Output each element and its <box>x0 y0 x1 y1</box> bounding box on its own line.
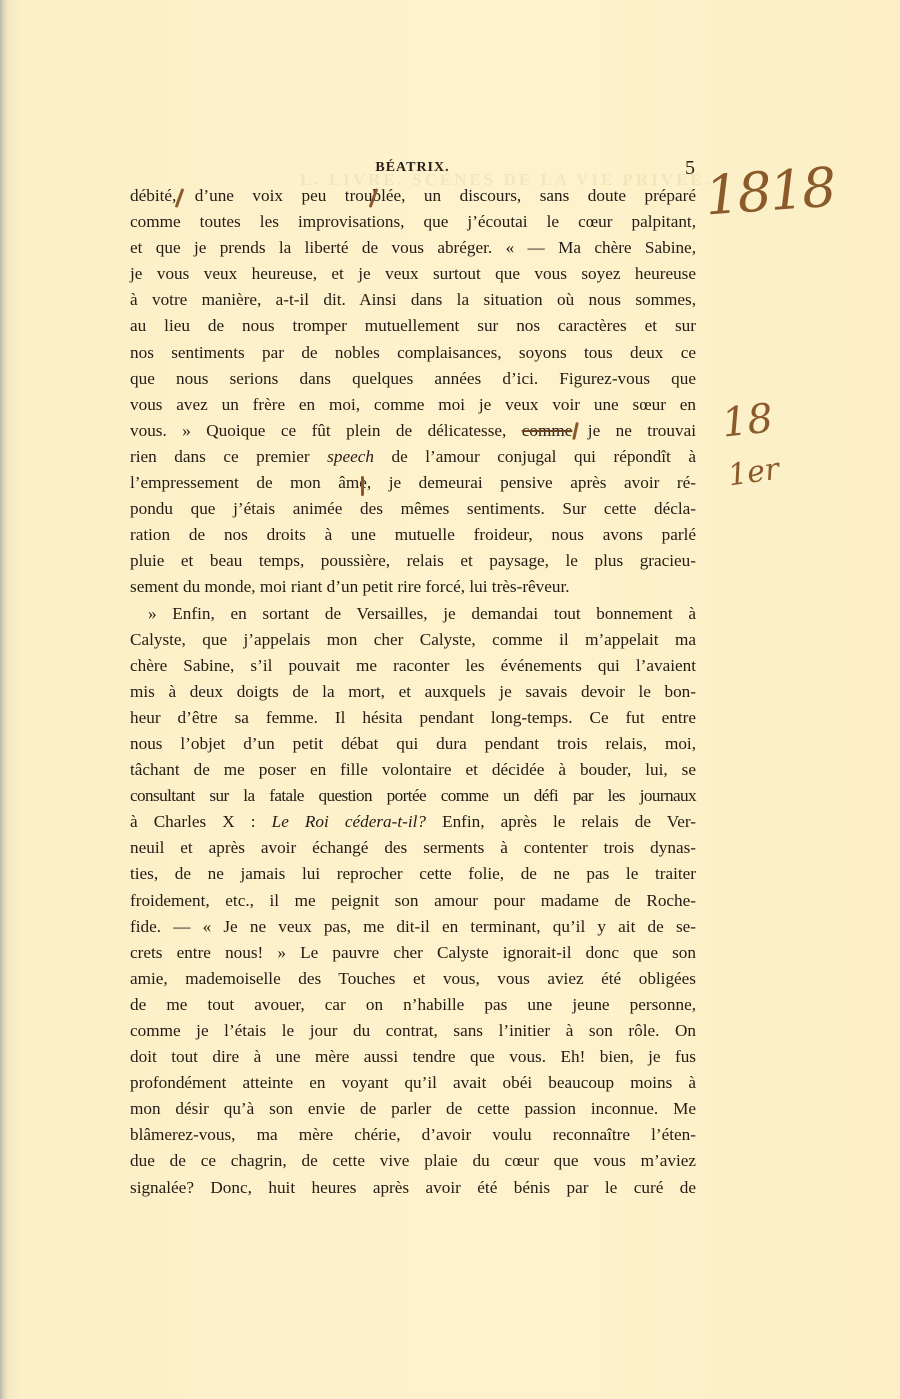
text-segment: rien dans ce premier <box>130 447 327 466</box>
text-line: débité, d’une voix peu troublée, un disc… <box>130 183 696 209</box>
text-segment: de l’amour conjugal qui répondît à <box>374 447 696 466</box>
text-line: signalée? Donc, huit heures après avoir … <box>130 1175 696 1201</box>
text-line: heur d’être sa femme. Il hésita pendant … <box>130 705 696 731</box>
text-line: amie, mademoiselle des Touches et vous, … <box>130 966 696 992</box>
text-line: ties, de ne jamais lui reprocher cette f… <box>130 861 696 887</box>
text-line: mis à deux doigts de la mort, et auxquel… <box>130 679 696 705</box>
text-segment: Enfin, après le relais de Ver- <box>426 812 696 831</box>
text-line: de me tout avouer, car on n’habille pas … <box>130 992 696 1018</box>
text-line: vous. » Quoique ce fût plein de délicate… <box>130 418 696 444</box>
running-head: BÉATRIX. 5 <box>130 160 695 182</box>
text-line: que nous serions dans quelques années d’… <box>130 366 696 392</box>
text-segment: je ne trouvai <box>572 421 696 440</box>
text-line: crets entre nous! » Le pauvre cher Calys… <box>130 940 696 966</box>
text-line: mon désir qu’à son envie de parler de ce… <box>130 1096 696 1122</box>
italic-phrase: Le Roi cédera-t-il? <box>272 812 426 831</box>
text-line: sement du monde, moi riant d’un petit ri… <box>130 574 696 600</box>
body-text: débité, d’une voix peu troublée, un disc… <box>130 183 696 1201</box>
handwritten-margin-note: 1818 <box>703 156 837 228</box>
text-line: consultant sur la fatale question portée… <box>130 783 696 809</box>
text-line: à Charles X : Le Roi cédera-t-il? Enfin,… <box>130 809 696 835</box>
text-segment: vous. » Quoique ce fût plein de délicate… <box>130 421 522 440</box>
text-line: profondément atteinte en voyant qu’il av… <box>130 1070 696 1096</box>
handwritten-margin-note: 1er <box>726 452 782 494</box>
ink-slash-mark <box>361 476 364 496</box>
page-number: 5 <box>685 157 695 180</box>
text-segment: à Charles X : <box>130 812 272 831</box>
text-line: l’empressement de mon âme, je demeurai p… <box>130 470 696 496</box>
text-line: neuil et après avoir échangé des serment… <box>130 835 696 861</box>
text-line: chère Sabine, s’il pouvait me raconter l… <box>130 653 696 679</box>
struck-word: comme <box>522 421 573 440</box>
scanned-book-page: L. LIVRE. SCÈNES DE LA VIE PRIVÉE. BÉATR… <box>0 0 900 1399</box>
text-line: froidement, etc., il me peignit son amou… <box>130 888 696 914</box>
text-line: vous avez un frère en moi, comme moi je … <box>130 392 696 418</box>
text-line: nous l’objet d’un petit débat qui dura p… <box>130 731 696 757</box>
text-line: pondu que j’étais animée des mêmes senti… <box>130 496 696 522</box>
text-line: blâmerez-vous, ma mère chérie, d’avoir v… <box>130 1122 696 1148</box>
text-line: due de ce chagrin, de cette vive plaie d… <box>130 1148 696 1174</box>
text-line: comme toutes les improvisations, que j’é… <box>130 209 696 235</box>
text-line: nos sentiments par de nobles complaisanc… <box>130 340 696 366</box>
text-line: Calyste, que j’appelais mon cher Calyste… <box>130 627 696 653</box>
text-line: doit tout dire à une mère aussi tendre q… <box>130 1044 696 1070</box>
paragraph-start-line: » Enfin, en sortant de Versailles, je de… <box>130 601 696 627</box>
text-line: et que je prends la liberté de vous abré… <box>130 235 696 261</box>
text-line: fide. — « Je ne veux pas, me dit-il en t… <box>130 914 696 940</box>
text-line: pluie et beau temps, poussière, relais e… <box>130 548 696 574</box>
running-title: BÉATRIX. <box>130 160 695 176</box>
text-line: rien dans ce premier speech de l’amour c… <box>130 444 696 470</box>
text-line: comme je l’étais le jour du contrat, san… <box>130 1018 696 1044</box>
italic-word: speech <box>327 447 374 466</box>
text-line: à votre manière, a-t-il dit. Ainsi dans … <box>130 287 696 313</box>
handwritten-margin-note: 18 <box>720 395 775 446</box>
text-line: tâchant de me poser en fille volontaire … <box>130 757 696 783</box>
text-line: au lieu de nous tromper mutuellement sur… <box>130 313 696 339</box>
text-line: ration de nos droits à une mutuelle froi… <box>130 522 696 548</box>
text-line: je vous veux heureuse, et je veux surtou… <box>130 261 696 287</box>
